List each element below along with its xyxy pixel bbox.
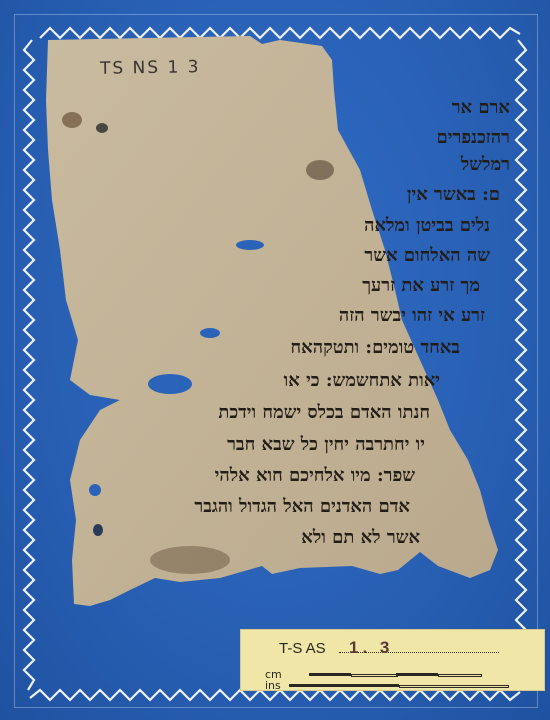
- text-line: שה האלחום אשר: [364, 245, 490, 266]
- cm-scale-bar: [396, 673, 438, 676]
- scale-ins-label: ins: [265, 679, 281, 692]
- text-line: רמלשל: [461, 154, 510, 175]
- text-line: נלים בביטן ומלאה: [364, 215, 490, 236]
- cm-scale-bar: [309, 673, 351, 676]
- text-line: זרע אי זהו יבשר הזה: [339, 305, 485, 326]
- text-line: יאות אתחשמש: כי או: [284, 370, 440, 391]
- text-line: ם: באשר אין: [407, 184, 500, 205]
- collection-code: T-S AS: [279, 640, 326, 657]
- pencil-shelfmark: TS NS 1 3: [100, 57, 201, 79]
- text-line: באחד טומים: ותטקהאח: [291, 337, 460, 358]
- text-line: אשר לא תם ולא: [301, 527, 420, 548]
- text-line: יו יחתרבה יחין כל שבא חבר: [227, 434, 425, 455]
- text-line: אדם האדנים האל הגדול והגבר: [194, 496, 410, 517]
- text-line: שפר: מיו אלחיכם חוא אלהי: [215, 465, 415, 486]
- cm-scale-bar: [438, 674, 482, 677]
- cm-scale-bar: [351, 674, 398, 677]
- text-line: רהזכנפרים: [437, 127, 510, 148]
- text-line: חנתו האדם בכלס ישמח וידכת: [218, 402, 430, 423]
- shelfmark-number: 1. 3: [349, 638, 393, 658]
- shelfmark-label: T-S AS 1. 3 cm ins: [240, 629, 545, 691]
- ins-scale-bar: [289, 684, 399, 687]
- text-line: ארם אר: [452, 97, 510, 118]
- text-line: מך זרע את זרעך: [362, 275, 480, 296]
- ins-scale-bar: [399, 685, 509, 688]
